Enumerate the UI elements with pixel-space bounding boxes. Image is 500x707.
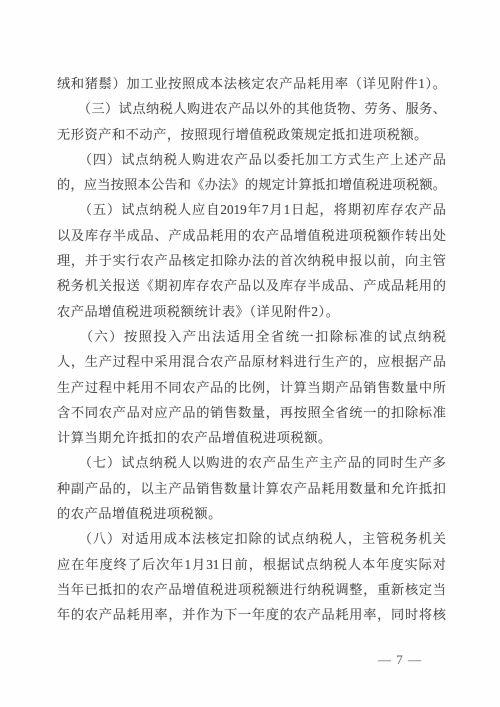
text-line: （七）试点纳税人以购进的农产品生产主产品的同时生产多 — [57, 450, 446, 475]
text-line: 的，应当按照本公告和《办法》的规定计算抵扣增值税进项税额。 — [57, 172, 446, 197]
text-line: 生产过程中耗用不同农产品的比例，计算当期产品销售数量中所 — [57, 375, 446, 400]
text-line: （八）对适用成本法核定扣除的试点纳税人，主管税务机关 — [57, 526, 446, 551]
text-line: 农产品增值税进项税额统计表》（详见附件2）。 — [57, 299, 446, 324]
text-line: （五）试点纳税人应自2019年7月1日起，将期初库存农产品 — [57, 197, 446, 222]
text-line: 年的农产品耗用率，并作为下一年度的农产品耗用率，同时将核 — [57, 602, 446, 627]
document-body: 绒和猪鬃）加工业按照成本法核定农产品耗用率（详见附件1）。 （三）试点纳税人购进… — [57, 71, 446, 628]
text-line: 含不同农产品对应产品的销售数量，再按照全省统一的扣除标准 — [57, 400, 446, 425]
document-page: 绒和猪鬃）加工业按照成本法核定农产品耗用率（详见附件1）。 （三）试点纳税人购进… — [0, 0, 500, 707]
text-line: 税务机关报送《期初库存农产品以及库存半成品、产成品耗用的 — [57, 273, 446, 298]
text-line: 种副产品的，以主产品销售数量计算农产品耗用数量和允许抵扣 — [57, 476, 446, 501]
text-line: 人，生产过程中采用混合农产品原材料进行生产的，应根据产品 — [57, 349, 446, 374]
text-line: 无形资产和不动产，按照现行增值税政策规定抵扣进项税额。 — [57, 122, 446, 147]
text-line: 以及库存半成品、产成品耗用的农产品增值税进项税额作转出处 — [57, 223, 446, 248]
text-line: 计算当期允许抵扣的农产品增值税进项税额。 — [57, 425, 446, 450]
text-line: （六）按照投入产出法适用全省统一扣除标准的试点纳税 — [57, 324, 446, 349]
text-line: 理，并于实行农产品核定扣除办法的首次纳税申报以前，向主管 — [57, 248, 446, 273]
page-number: — 7 — — [378, 652, 422, 668]
text-line: （四）试点纳税人购进农产品以委托加工方式生产上述产品 — [57, 147, 446, 172]
text-line: 绒和猪鬃）加工业按照成本法核定农产品耗用率（详见附件1）。 — [57, 71, 446, 96]
text-line: 当年已抵扣的农产品增值税进项税额进行纳税调整，重新核定当 — [57, 577, 446, 602]
text-line: 的农产品增值税进项税额。 — [57, 501, 446, 526]
text-line: 应在年度终了后次年1月31日前，根据试点纳税人本年度实际对 — [57, 552, 446, 577]
text-line: （三）试点纳税人购进农产品以外的其他货物、劳务、服务、 — [57, 96, 446, 121]
